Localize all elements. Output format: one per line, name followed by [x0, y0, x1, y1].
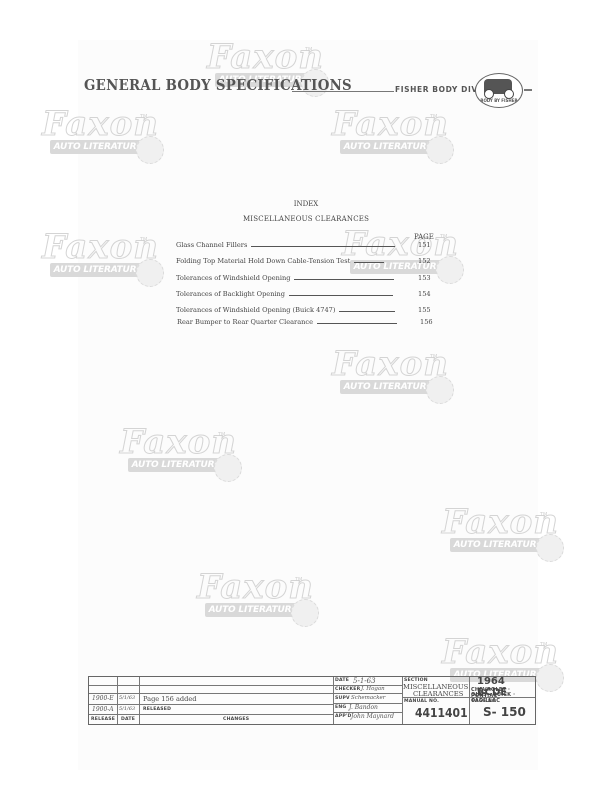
- watermark-seal-icon: [536, 664, 564, 692]
- header-rule: [292, 91, 394, 92]
- leader-line: [317, 323, 397, 324]
- index-entry-label: Folding Top Material Hold Down Cable-Ten…: [176, 257, 350, 265]
- change-description: RELEASED: [143, 707, 171, 712]
- checker-signature: J. Hogan: [361, 686, 385, 692]
- index-entry-label: Glass Channel Fillers: [176, 241, 247, 249]
- index-entry-page: 153: [418, 274, 431, 282]
- index-entry: Tolerances of Backlight Opening: [176, 290, 393, 298]
- date-label: DATE: [335, 678, 349, 683]
- change-release: 1900-E: [92, 695, 114, 702]
- page-number: S- 150: [483, 705, 526, 719]
- change-release: 1900-A: [92, 706, 114, 713]
- index-entry-page: 156: [420, 318, 433, 326]
- index-entry-page: 151: [418, 241, 431, 249]
- index-entry-page: 154: [418, 290, 431, 298]
- supv-signature: Schemacker: [351, 695, 385, 701]
- date-column-header: DATE: [121, 717, 135, 722]
- index-entry-page: 155: [418, 306, 431, 314]
- index-entry: Tolerances of Windshield Opening (Buick …: [176, 306, 395, 314]
- section-line2: CLEARANCES: [413, 690, 463, 698]
- index-entry-label: Tolerances of Windshield Opening: [176, 274, 290, 282]
- change-date: 5/1/63: [119, 695, 135, 701]
- leader-line: [339, 311, 395, 312]
- fisher-coach-logo-icon: BODY BY FISHER: [475, 73, 523, 108]
- index-entry-label: Tolerances of Windshield Opening (Buick …: [176, 306, 335, 314]
- change-date: 5/1/63: [119, 706, 135, 712]
- leader-line: [354, 262, 384, 263]
- eng-label: ENG: [335, 705, 346, 710]
- watermark-tm: TM: [540, 642, 547, 648]
- appd-label: APP'D: [335, 714, 352, 719]
- date-value: 5-1-63: [353, 677, 376, 685]
- eng-signature: J. Bandon: [349, 704, 378, 711]
- index-entry-label: Tolerances of Backlight Opening: [176, 290, 285, 298]
- index-entry-label: Rear Bumper to Rear Quarter Clearance: [177, 318, 313, 326]
- manual-number: 4411401: [415, 706, 468, 720]
- index-entry: Rear Bumper to Rear Quarter Clearance: [177, 318, 397, 326]
- index-subtitle: MISCELLANEOUS CLEARANCES: [0, 215, 612, 223]
- leader-line: [294, 279, 394, 280]
- header-rule-end: [524, 89, 532, 91]
- leader-line: [251, 246, 395, 247]
- index-entry: Tolerances of Windshield Opening: [176, 274, 394, 282]
- index-entry: Glass Channel Fillers: [176, 241, 395, 249]
- watermark-tm: TM: [540, 512, 547, 518]
- manual-label: MANUAL NO.: [404, 699, 439, 704]
- page-background: [78, 40, 538, 770]
- changes-column-header: CHANGES: [223, 717, 249, 722]
- page-column-header: PAGE: [414, 233, 434, 241]
- supv-label: SUPV: [335, 696, 350, 701]
- change-description: Page 156 added: [143, 695, 196, 703]
- appd-signature: John Maynard: [351, 713, 394, 720]
- index-entry-page: 152: [418, 257, 431, 265]
- watermark-seal-icon: [536, 534, 564, 562]
- release-column-header: RELEASE: [91, 717, 115, 722]
- title-block: 1900-E 5/1/63 Page 156 added 1900-A 5/1/…: [88, 676, 536, 725]
- logo-caption: BODY BY FISHER: [476, 98, 522, 103]
- leader-line: [289, 295, 393, 296]
- page-no-label: PAGE NO: [472, 699, 496, 704]
- index-title: INDEX: [0, 200, 612, 208]
- checker-label: CHECKER: [335, 687, 360, 692]
- index-entry: Folding Top Material Hold Down Cable-Ten…: [176, 257, 384, 265]
